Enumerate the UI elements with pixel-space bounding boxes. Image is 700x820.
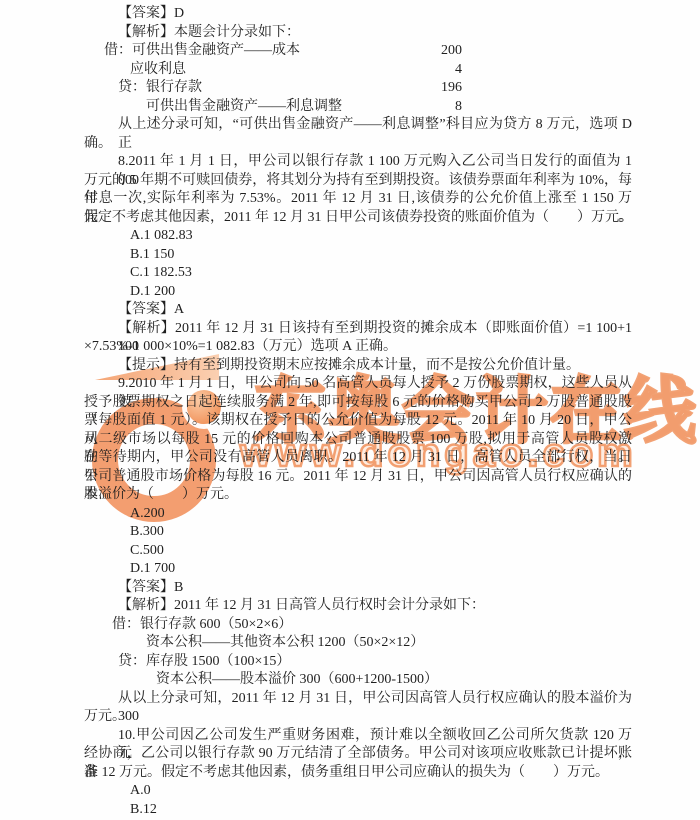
entry-amount: 200 [404,42,462,61]
text-line: 借：银行存款 600（50×2×6） [84,616,632,635]
text-line: 【答案】D [84,5,632,24]
text-line: 从以上分录可知，2011 年 12 月 31 日，甲公司因高管人员行权应确认的股… [84,690,632,709]
text-line: A.200 [84,505,632,524]
text-line: 资本公积——股本溢价 300（600+1200-1500） [84,671,632,690]
text-line: 从二级市场以每股 15 元的价格回购本公司普通股股票 100 万股,拟用于高管人… [84,431,632,450]
text-line: 备 12 万元。假定不考虑其他因素，债务重组日甲公司应确认的损失为（ ）万元。 [84,764,632,783]
text-line: 【解析】2011 年 12 月 31 日该持有至到期投资的摊余成本（即账面价值）… [84,320,632,339]
text-line: 贷：库存股 1500（100×15） [84,653,632,672]
text-line: 【答案】A [84,301,632,320]
text-line: 借：可供出售金融资产——成本200 [84,42,632,61]
text-line: D.1 200 [84,283,632,302]
text-line: 付息一次,实际年利率为 7.53%。2011 年 12 月 31 日,该债券的公… [84,190,632,209]
entry-amount: 4 [404,61,462,80]
text-line: ×7.53%-1 000×10%=1 082.83（万元）选项 A 正确。 [84,338,632,357]
text-line: C.1 182.53 [84,264,632,283]
document-page: 东奥会计在线 www.dongao.com 【答案】D【解析】本题会计分录如下：… [0,0,700,820]
entry-amount: 8 [404,98,462,117]
text-line: A.0 [84,782,632,801]
text-line: B.300 [84,523,632,542]
text-line: 授予股票期权之日起连续服务满 2 年,即可按每股 6 元的价格购买甲公司 2 万… [84,394,632,413]
text-line: 在等待期内，甲公司没有高管人员离职。2011 年 12 月 31 日，高管人员全… [84,449,632,468]
entry-amount: 196 [404,79,462,98]
text-line: 9.2010 年 1 月 1 日，甲公司向 50 名高管人员每人授予 2 万份股… [84,375,632,394]
document-body: 【答案】D【解析】本题会计分录如下：借：可供出售金融资产——成本200应收利息4… [84,5,632,819]
text-line: 应收利息4 [84,61,632,80]
text-line: 假定不考虑其他因素，2011 年 12 月 31 日甲公司该债券投资的账面价值为… [84,209,632,228]
text-line: 8.2011 年 1 月 1 日，甲公司以银行存款 1 100 万元购入乙公司当… [84,153,632,172]
text-line: 经协商，乙公司以银行存款 90 万元结清了全部债务。甲公司对该项应收账款已计提坏… [84,745,632,764]
text-line: B.1 150 [84,246,632,265]
text-line: D.1 700 [84,560,632,579]
text-line: 确。 [84,135,632,154]
text-line: A.1 082.83 [84,227,632,246]
text-line: 【解析】本题会计分录如下： [84,24,632,43]
text-line: B.12 [84,801,632,820]
text-line: 从上述分录可知，“可供出售金融资产——利息调整”科目应为贷方 8 万元，选项 D… [84,116,632,135]
text-line: 本溢价为（ ）万元。 [84,486,632,505]
text-line: 万元的 5 年期不可赎回债券，将其划分为持有至到期投资。该债券票面年利率为 10… [84,172,632,191]
text-line: 【提示】持有至到期投资期末应按摊余成本计量，而不是按公允价值计量。 [84,357,632,376]
text-line: 10.甲公司因乙公司发生严重财务困难，预计难以全额收回乙公司所欠货款 120 万… [84,727,632,746]
text-line: 【解析】2011 年 12 月 31 日高管人员行权时会计分录如下： [84,597,632,616]
text-line: （每股面值 1 元）。该期权在授予日的公允价值为每股 12 元。2011 年 1… [84,412,632,431]
text-line: 资本公积——其他资本公积 1200（50×2×12） [84,634,632,653]
text-line: 可供出售金融资产——利息调整8 [84,98,632,117]
text-line: 【答案】B [84,579,632,598]
text-line: 贷：银行存款196 [84,79,632,98]
text-line: 万元。 [84,708,632,727]
text-line: C.500 [84,542,632,561]
text-line: 公司普通股市场价格为每股 16 元。2011 年 12 月 31 日，甲公司因高… [84,468,632,487]
